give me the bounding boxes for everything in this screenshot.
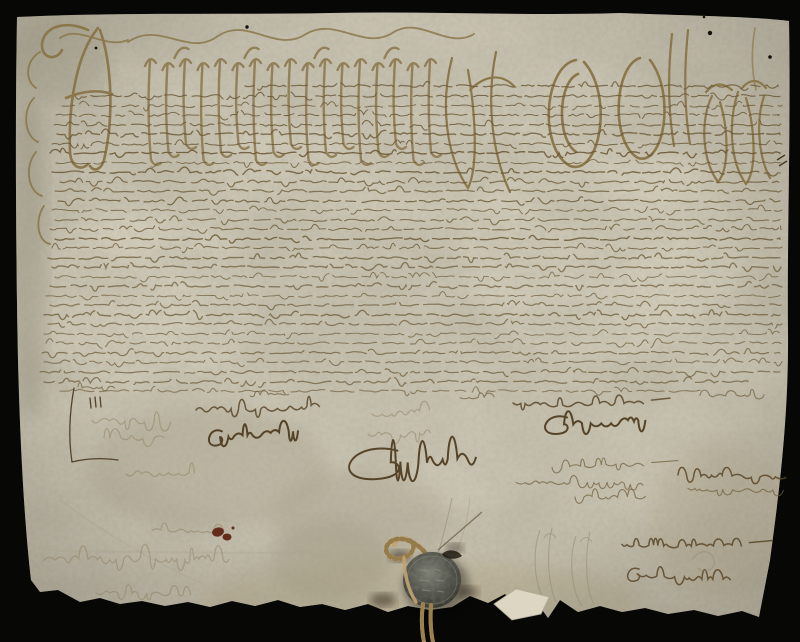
- manuscript-photo: [0, 0, 800, 642]
- photo-canvas: [0, 0, 800, 642]
- burn-mark: [370, 593, 396, 607]
- speck: [245, 25, 248, 28]
- hole: [768, 55, 772, 59]
- cord-twist: [431, 605, 433, 642]
- cord-twist: [422, 604, 424, 642]
- speck: [95, 47, 98, 50]
- hole: [703, 16, 706, 19]
- blot-shape: [223, 534, 232, 541]
- hole: [708, 31, 712, 35]
- blot-speck: [232, 527, 235, 530]
